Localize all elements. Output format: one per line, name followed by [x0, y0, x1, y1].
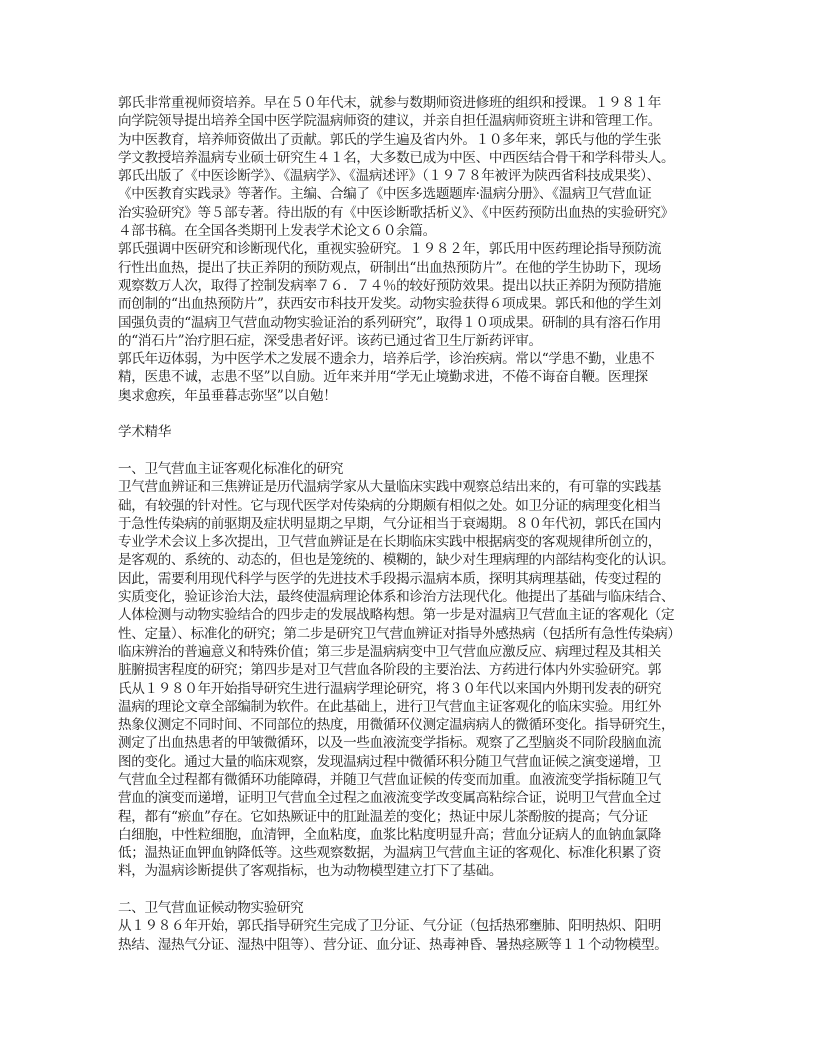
document-page: 郭氏非常重视师资培养。早在５０年代末，就参与数期师资进修班的组织和授课。１９８１… — [118, 94, 708, 954]
text-line: 于急性传染病的前驱期及症状明显期之早期，气分证相当于衰竭期。８０年代初，郭氏在国… — [118, 515, 708, 533]
text-line: 临床辨治的普遍意义和特殊价值；第三步是温病病变中卫气营血应激反应、病理过程及其相… — [118, 643, 708, 661]
text-line: 《中医教育实践录》等著作。主编、合编了《中医多选题题库·温病分册》、《温病卫气营… — [118, 185, 708, 203]
motto-paragraph: 郭氏年迈体弱，为中医学术之发展不遗余力，培养后学，诊治疾病。常以“学患不勤，业患… — [118, 350, 708, 405]
text-line: 营血的演变而递增，证明卫气营血全过程之血液流变学改变属高粘综合证，说明卫气营血全… — [118, 789, 708, 807]
text-line: 从１９８６年开始，郭氏指导研究生完成了卫分证、气分证（包括热邪壅肺、阳明热炽、阳… — [118, 917, 708, 935]
text-line: 氏从１９８０年开始指导研究生进行温病学理论研究，将３０年代以来国内外期刊发表的研… — [118, 680, 708, 698]
text-line: 奥求愈疾，年虽垂暮志弥坚”以自勉！ — [118, 387, 708, 405]
animal-model-paragraph: 从１９８６年开始，郭氏指导研究生完成了卫分证、气分证（包括热邪壅肺、阳明热炽、阳… — [118, 917, 708, 954]
blank-line — [118, 405, 708, 423]
text-line: 郭氏出版了《中医诊断学》、《温病学》、《温病述评》（１９７８年被评为陕西省科技成… — [118, 167, 708, 185]
text-line: 温病的理论文章全部编制为软件。在此基础上，进行卫气营血主证客观化的临床实验。用红… — [118, 698, 708, 716]
heading-text: 一、卫气营血主证客观化标准化的研究 — [118, 460, 708, 478]
text-line: 础，有较强的针对性。它与现代医学对传染病的分期颇有相似之处。如卫分证的病理变化相… — [118, 497, 708, 515]
text-line: 的“消石片”治疗胆石症，深受患者好评。该药已通过省卫生厅新药评审。 — [118, 332, 708, 350]
text-line: 郭氏非常重视师资培养。早在５０年代末，就参与数期师资进修班的组织和授课。１９８１… — [118, 94, 708, 112]
text-line: 而创制的“出血热预防片”，获西安市科技开发奖。动物实验获得６项成果。郭氏和他的学… — [118, 295, 708, 313]
text-line: 低；温热证血钾血钠降低等。这些观察数据，为温病卫气营血主证的客观化、标准化积累了… — [118, 844, 708, 862]
text-line: 精，医患不诚，志患不坚”以自励。近年来并用“学无止境勤求进，不倦不诲奋自鞭。医理… — [118, 368, 708, 386]
text-line: 学文教授培养温病专业硕士研究生４１名，大多数已成为中医、中西医结合骨干和学科带头… — [118, 149, 708, 167]
text-line: 图的变化。通过大量的临床观察，发现温病过程中微循环积分随卫气营血证候之演变递增，… — [118, 753, 708, 771]
text-line: 郭氏强调中医研究和诊断现代化，重视实验研究。１９８２年，郭氏用中医药理论指导预防… — [118, 240, 708, 258]
text-line: 脏腑损害程度的研究；第四步是对卫气营血各阶段的主要治法、方药进行体内外实验研究。… — [118, 661, 708, 679]
text-line: 白细胞，中性粒细胞，血清钾，全血粘度，血浆比粘度明显升高；营血分证病人的血钠血氯… — [118, 826, 708, 844]
text-line: 郭氏年迈体弱，为中医学术之发展不遗余力，培养后学，诊治疾病。常以“学患不勤，业患… — [118, 350, 708, 368]
blank-line — [118, 881, 708, 899]
text-line: 因此，需要利用现代科学与医学的先进技术手段揭示温病本质，探明其病理基础，传变过程… — [118, 570, 708, 588]
heading-text: 二、卫气营血证候动物实验研究 — [118, 899, 708, 917]
text-line: 热象仪测定不同时间、不同部位的热度，用微循环仪测定温病病人的微循环变化。指导研究… — [118, 716, 708, 734]
text-line: 行性出血热，提出了扶正养阴的预防观点，研制出“出血热预防片”。在他的学生协助下，… — [118, 259, 708, 277]
text-line: 性、定量）、标准化的研究；第二步是研究卫气营血辨证对指导外感热病（包括所有急性传… — [118, 625, 708, 643]
text-line: 卫气营血辨证和三焦辨证是历代温病学家从大量临床实践中观察总结出来的，有可靠的实践… — [118, 478, 708, 496]
text-line: 为中医教育，培养师资做出了贡献。郭氏的学生遍及省内外。１０多年来，郭氏与他的学生… — [118, 131, 708, 149]
text-line: 气营血全过程都有微循环功能障碍，并随卫气营血证候的传变而加重。血液流变学指标随卫… — [118, 771, 708, 789]
teacher-training-paragraph: 郭氏非常重视师资培养。早在５０年代末，就参与数期师资进修班的组织和授课。１９８１… — [118, 94, 708, 167]
text-line: 国强负责的“温病卫气营血动物实验证治的系列研究”，取得１０项成果。研制的具有溶石… — [118, 314, 708, 332]
text-line: 是客观的、系统的、动态的，但也是笼统的、模糊的，缺少对生理病理的内部结构变化的认… — [118, 551, 708, 569]
text-line: 专业学术会议上多次提出，卫气营血辨证是在长期临床实践中根据病变的客观规律所创立的… — [118, 533, 708, 551]
research-paragraph: 郭氏强调中医研究和诊断现代化，重视实验研究。１９８２年，郭氏用中医药理论指导预防… — [118, 240, 708, 350]
text-line: 热结、湿热气分证、湿热中阻等）、营分证、血分证、热毒神昏、暑热痉厥等１１个动物模… — [118, 936, 708, 954]
subsection-heading-2: 二、卫气营血证候动物实验研究 — [118, 899, 708, 917]
text-line: 测定了出血热患者的甲皱微循环，以及一些血液流变学指标。观察了乙型脑炎不同阶段脑血… — [118, 734, 708, 752]
text-line: ４部书稿。在全国各类期刊上发表学术论文６０余篇。 — [118, 222, 708, 240]
subsection-heading-1: 一、卫气营血主证客观化标准化的研究 — [118, 460, 708, 478]
publications-paragraph: 郭氏出版了《中医诊断学》、《温病学》、《温病述评》（１９７８年被评为陕西省科技成… — [118, 167, 708, 240]
section-heading-academic-essence: 学术精华 — [118, 423, 708, 441]
text-line: 程，都有“瘀血”存在。它如热厥证中的肛趾温差的变化；热证中尿儿茶酚胺的提高；气分… — [118, 808, 708, 826]
heading-text: 学术精华 — [118, 423, 708, 441]
text-line: 料，为温病诊断提供了客观指标，也为动物模型建立打下了基础。 — [118, 862, 708, 880]
text-line: 人体检测与动物实验结合的四步走的发展战略构想。第一步是对温病卫气营血主证的客观化… — [118, 606, 708, 624]
objectification-paragraph: 卫气营血辨证和三焦辨证是历代温病学家从大量临床实践中观察总结出来的，有可靠的实践… — [118, 478, 708, 881]
text-line: 实质变化，验证诊治大法，最终使温病理论体系和诊治方法现代化。他提出了基础与临床结… — [118, 588, 708, 606]
text-line: 治实验研究》等５部专著。待出版的有《中医诊断歌括析义》、《中医药预防出血热的实验… — [118, 204, 708, 222]
text-line: 观察数万人次，取得了控制发病率７６．７４％的较好预防效果。提出以扶正养阴为预防措… — [118, 277, 708, 295]
text-line: 向学院领导提出培养全国中医学院温病师资的建议，并亲自担任温病师资班主讲和管理工作… — [118, 112, 708, 130]
blank-line — [118, 442, 708, 460]
